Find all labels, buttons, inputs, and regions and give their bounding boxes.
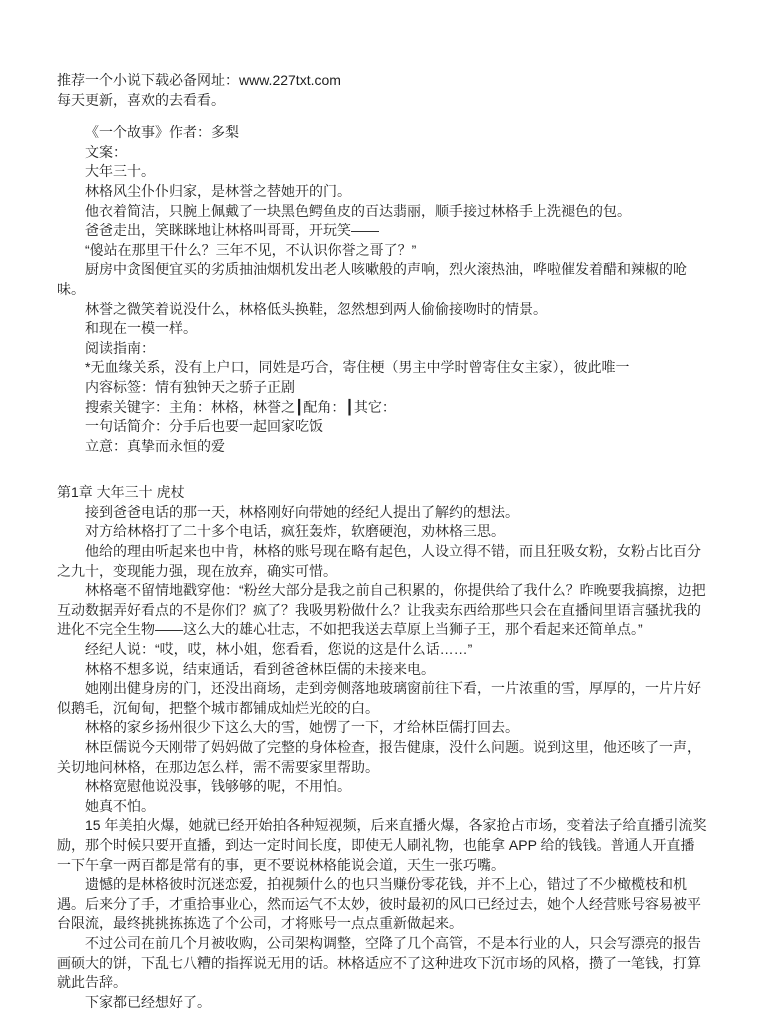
body-paragraph: 不过公司在前几个月被收购，公司架构调整，空降了几个高管，不是本行业的人，只会写漂… [57,934,708,993]
front-matter-line: 搜索关键字：主角：林格，林誉之┃配角：┃其它： [57,398,708,418]
body-paragraph: 接到爸爸电话的那一天，林格刚好向带她的经纪人提出了解约的想法。 [57,503,708,523]
body-paragraph: 15 年美拍火爆，她就已经开始拍各种短视频，后来直播火爆，各家抢占市场，变着法子… [57,816,708,875]
chapter-body: 接到爸爸电话的那一天，林格刚好向带她的经纪人提出了解约的想法。对方给林格打了二十… [57,503,708,1012]
front-matter-line: 立意：真挚而永恒的爱 [57,437,708,457]
promo-block: 推荐一个小说下载必备网址：www.227txt.com每天更新，喜欢的去看看。 [57,71,708,110]
body-paragraph: 下家都已经想好了。 [57,993,708,1013]
front-matter-line: 厨房中贪图便宜买的劣质抽油烟机发出老人咳嗽般的声响，烈火滚热油，哗啦催发着醋和辣… [57,260,708,299]
body-paragraph: 林格毫不留情地戳穿他：“粉丝大部分是我之前自己积累的，你提供给了我什么？昨晚要我… [57,581,708,640]
front-matter-line: 林誉之微笑着说没什么，林格低头换鞋，忽然想到两人偷偷接吻时的情景。 [57,300,708,320]
front-matter-line: 内容标签：情有独钟天之骄子正剧 [57,378,708,398]
body-paragraph: 她刚出健身房的门，还没出商场，走到旁侧落地玻璃窗前往下看，一片浓重的雪，厚厚的，… [57,679,708,718]
body-paragraph: 林格的家乡扬州很少下这么大的雪，她愣了一下，才给林臣儒打回去。 [57,718,708,738]
front-matter-line: 他衣着简洁，只腕上佩戴了一块黑色鳄鱼皮的百达翡丽，顺手接过林格手上洗褪色的包。 [57,202,708,222]
promo-line: 推荐一个小说下载必备网址：www.227txt.com [57,71,708,91]
body-paragraph: 遗憾的是林格彼时沉迷恋爱，拍视频什么的也只当赚份零花钱，并不上心，错过了不少橄榄… [57,875,708,934]
body-paragraph: 林格宽慰他说没事，钱够够的呢，不用怕。 [57,777,708,797]
document-page: 推荐一个小说下载必备网址：www.227txt.com每天更新，喜欢的去看看。 … [0,0,768,1024]
front-matter-line: “傻站在那里干什么？三年不见，不认识你誉之哥了？” [57,241,708,261]
front-matter-line: 文案： [57,143,708,163]
front-matter-line: 阅读指南： [57,339,708,359]
front-matter-line: 爸爸走出，笑眯眯地让林格叫哥哥，开玩笑—— [57,221,708,241]
front-matter-line: 一句话简介：分手后也要一起回家吃饭 [57,417,708,437]
body-paragraph: 对方给林格打了二十多个电话，疯狂轰炸，软磨硬泡，劝林格三思。 [57,522,708,542]
document-content: 推荐一个小说下载必备网址：www.227txt.com每天更新，喜欢的去看看。 … [57,71,708,1012]
front-matter-line: 林格风尘仆仆归家，是林誉之替她开的门。 [57,182,708,202]
front-matter-block: 《一个故事》作者：多梨文案：大年三十。林格风尘仆仆归家，是林誉之替她开的门。他衣… [57,123,708,456]
body-paragraph: 他给的理由听起来也中肯，林格的账号现在略有起色，人设立得不错，而且狂吸女粉，女粉… [57,542,708,581]
body-paragraph: 经纪人说：“哎，哎，林小姐，您看看，您说的这是什么话……” [57,640,708,660]
front-matter-line: 《一个故事》作者：多梨 [57,123,708,143]
body-paragraph: 她真不怕。 [57,797,708,817]
body-paragraph: 林格不想多说，结束通话，看到爸爸林臣儒的未接来电。 [57,660,708,680]
promo-line: 每天更新，喜欢的去看看。 [57,91,708,111]
body-paragraph: 林臣儒说今天刚带了妈妈做了完整的身体检查，报告健康，没什么问题。说到这里，他还咳… [57,738,708,777]
front-matter-line: *无血缘关系，没有上户口，同姓是巧合，寄住梗（男主中学时曾寄住女主家），彼此唯一 [57,358,708,378]
front-matter-line: 和现在一模一样。 [57,319,708,339]
front-matter-line: 大年三十。 [57,162,708,182]
chapter-heading: 第1章 大年三十 虎杖 [57,483,708,503]
